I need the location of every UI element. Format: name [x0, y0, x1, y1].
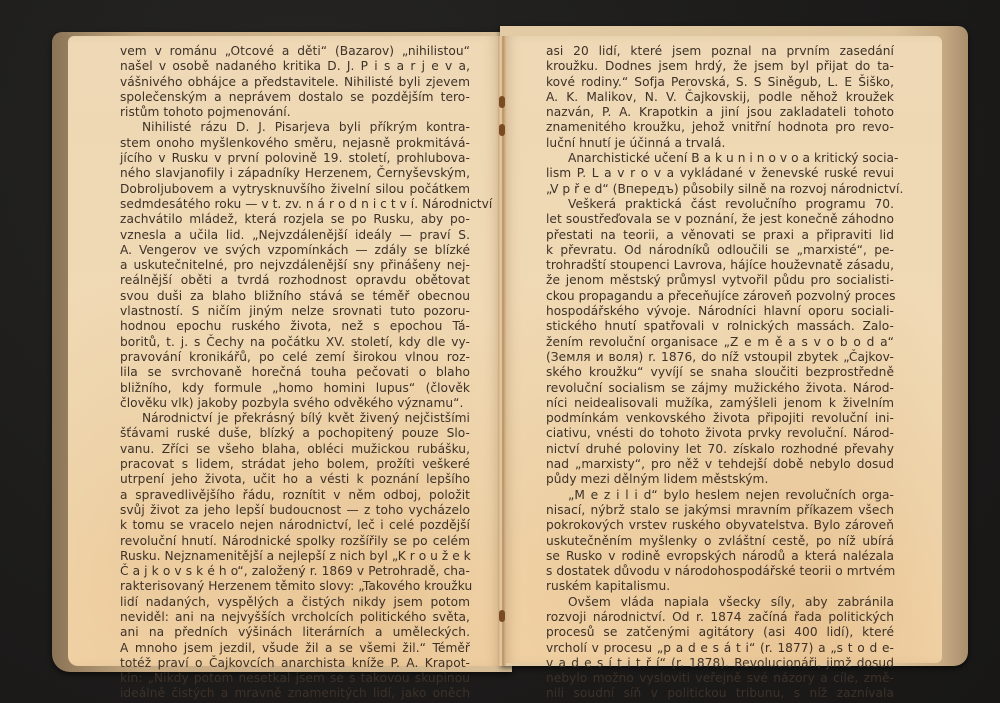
text-line: Č a j k o v s k é h o“, založený r. 1869…: [120, 564, 470, 579]
text-line: vem v románu „Otcové a děti“ (Bazarov) „…: [120, 44, 470, 59]
text-line: v a d e s í t i t ř í“ (r. 1878). Revolu…: [546, 656, 894, 671]
text-line: uskutečněním myšlenky o zvláštní cestě, …: [546, 534, 894, 549]
text-line: lism P. L a v r o v a vykládané v ženevs…: [546, 166, 894, 181]
text-line: Anarchistické učení B a k u n i n o v o …: [546, 151, 894, 166]
text-line: reálnější oběti a tvrdá rozhodnost oprav…: [120, 273, 470, 288]
text-line: nad „marxisty“, pro něž v tehdejší době …: [546, 457, 894, 472]
text-line: kroužku. Dodnes jsem hrdý, že jsem byl p…: [546, 59, 894, 74]
text-line: nisací, nýbrž stalo se jakýmsi mravním p…: [546, 503, 894, 518]
text-line: ckou propagandu a přeceňujíce zároveň po…: [546, 289, 894, 304]
text-line: ného slavjanofily i západníky Herzenem, …: [120, 166, 470, 181]
text-line: nazván, P. A. Krapotkin a jiní jsou zakl…: [546, 105, 894, 120]
text-line: Rusku. Nejznamenitější a nejlepší z nich…: [120, 549, 470, 564]
text-line: přestati na teorii, a věnovati se praxi …: [546, 228, 894, 243]
binding-stitch: [499, 124, 505, 136]
text-line: vanu. Zříci se všeho blaha, obléci mužic…: [120, 442, 470, 457]
binding-stitch: [499, 610, 505, 622]
text-line: luční hnutí je účinná a trvalá.: [546, 136, 894, 151]
text-line: hospodářského vývoje. Národníci hlavní o…: [546, 304, 894, 319]
text-line: asi 20 lidí, které jsem poznal na prvním…: [546, 44, 894, 59]
text-line: žením revoluční organisace „Z e m ě a s …: [546, 335, 894, 350]
text-line: svou duši za blaho bližního stává se tém…: [120, 289, 470, 304]
text-line: Národnictví je překrásný bílý květ živen…: [120, 411, 470, 426]
text-line: svůj život za jeho lepší budoucnost — z …: [120, 503, 470, 518]
text-line: neviděl: ani na nejvyšších vrcholcích po…: [120, 610, 470, 625]
text-line: znamenitého kroužku, jehož vnitřní hodno…: [546, 120, 894, 135]
text-line: stem onoho myšlenkového směru, nejasně p…: [120, 136, 470, 151]
text-line: Dobroljubovem a vytrysknuvšího živelní s…: [120, 182, 470, 197]
text-line: trohradští stoupenci Lavrova, hájíce hou…: [546, 258, 894, 273]
text-line: sedmdesátého roku — v t. zv. n á r o d n…: [120, 197, 470, 212]
text-line: a spravedlivějšího řádu, roznítit v něm …: [120, 488, 470, 503]
text-line: pravování kronikářů, po celé zemí široko…: [120, 350, 470, 365]
text-line: půdy mezi dělným lidem městským.: [546, 472, 894, 487]
left-page-text: vem v románu „Otcové a děti“ (Bazarov) „…: [120, 44, 470, 702]
text-line: Nihilisté rázu D. J. Pisarjeva byli přík…: [120, 120, 470, 135]
text-line: totéž praví o Čajkovcích anarchista kníž…: [120, 656, 470, 671]
text-line: A. K. Malikov, N. V. Čajkovskij, podle n…: [546, 90, 894, 105]
text-line: Veškerá praktická část revolučního progr…: [546, 197, 894, 212]
text-line: ruském kapitalismu.: [546, 579, 894, 594]
text-line: stického hnutí spatřovali v rolnických m…: [546, 319, 894, 334]
binding-stitch: [499, 96, 505, 108]
text-line: pokrokových vrstev ruského obyvatelstva.…: [546, 518, 894, 533]
text-line: boritů, t. j. s Čechy na počátku XV. sto…: [120, 335, 470, 350]
text-line: vrcholí v procesu „p a d e s á t i“ (r. …: [546, 641, 894, 656]
text-line: hodnou epochu ruského života, než s epoc…: [120, 319, 470, 334]
text-line: rakterisovaný Herzenem těmito slovy: „Ta…: [120, 579, 470, 594]
open-book: vem v románu „Otcové a děti“ (Bazarov) „…: [0, 0, 1000, 703]
text-line: vlastností. S ničím jiným nelze srovnati…: [120, 304, 470, 319]
text-line: kové rodiny.“ Sofja Perovská, S. S Siněg…: [546, 75, 894, 90]
text-line: utrpení jeho života, učit ho a vésti k p…: [120, 472, 470, 487]
text-line: ciativu, vnésti do tohoto života prvky r…: [546, 426, 894, 441]
text-line: společenským a neprávem dostalo se pozdě…: [120, 90, 470, 105]
text-line: pracovat s lidem, strádat jeho bolem, pr…: [120, 457, 470, 472]
text-line: nictví druhé poloviny let 70. získalo ro…: [546, 442, 894, 457]
text-line: kin: „Nikdy potom nesetkal jsem se s tak…: [120, 671, 470, 686]
text-line: „M e z i l i d“ bylo heslem nejen revolu…: [546, 488, 894, 503]
text-line: jícího v Rusku v první polovině 19. stol…: [120, 151, 470, 166]
text-line: níci neidealisovali mužíka, zamýšleli je…: [546, 396, 894, 411]
text-line: člověku vlk) jakoby pozbyla svého odvěké…: [120, 396, 470, 411]
text-line: revoluční hnutí. Národnické spolky rozší…: [120, 534, 470, 549]
text-line: nebylo možno vysloviti veřejně své názor…: [546, 671, 894, 686]
text-line: revoluční socialism se zájmy mužického ž…: [546, 381, 894, 396]
text-line: let soustřeďovala se v poznání, že jest …: [546, 212, 894, 227]
text-line: k převratu. Od národníků odloučili se „m…: [546, 243, 894, 258]
text-line: ského kroužku“ vyvíjí se snaha sloučiti …: [546, 365, 894, 380]
text-line: „V p ř e d“ (Впередъ) působily silně na …: [546, 182, 894, 197]
text-line: ideálně čistých a mravně znamenitých lid…: [120, 686, 470, 701]
text-line: procesů se zatčenými agitátory (asi 400 …: [546, 625, 894, 640]
text-line: bližního, kdy formule „homo homini lupus…: [120, 381, 470, 396]
text-line: že jenom městský průmysl vytvořil půdu p…: [546, 273, 894, 288]
text-line: Ovšem vláda napiala všecky síly, aby zab…: [546, 595, 894, 610]
text-line: se Rusko v rodině evropských národů a kt…: [546, 549, 894, 564]
text-line: ristům tohoto pojmenování.: [120, 105, 470, 120]
text-line: zachvátilo mládež, která rozjela se po R…: [120, 212, 470, 227]
text-line: nili soudní síň v politickou tribunu, s …: [546, 686, 894, 701]
text-line: lidí nadaných, vyspělých a čistých nikdy…: [120, 595, 470, 610]
text-line: a uskutečnitelné, pro nejvzdálenější sny…: [120, 258, 470, 273]
text-line: A. Vengerov ve svých vzpomínkách — zdály…: [120, 243, 470, 258]
text-line: rozvoji národnictví. Od r. 1874 začíná ř…: [546, 610, 894, 625]
text-line: ani na předních výšinách literárních a u…: [120, 625, 470, 640]
text-line: s dostatek důvodu v národohospodářské te…: [546, 564, 894, 579]
text-line: A mnoho jsem jezdil, všude žil a se všem…: [120, 641, 470, 656]
text-line: našel v osobě nadaného kritika D. J. P i…: [120, 59, 470, 74]
text-line: k tomu se vracelo nejen národnictví, leč…: [120, 518, 470, 533]
text-line: šťávami ruské duše, blízký a pochopitený…: [120, 426, 470, 441]
right-page-text: asi 20 lidí, které jsem poznal na prvním…: [546, 44, 894, 702]
text-line: podmínkám venkovského života připojiti r…: [546, 411, 894, 426]
text-line: vášnivého obhájce a představitele. Nihil…: [120, 75, 470, 90]
text-line: lila se svrchovaně horečná touha pečovat…: [120, 365, 470, 380]
text-line: vznesla a učila lid. „Nejvzdálenější ide…: [120, 228, 470, 243]
text-line: (Земля и воля) r. 1876, do níž vstoupil …: [546, 350, 894, 365]
